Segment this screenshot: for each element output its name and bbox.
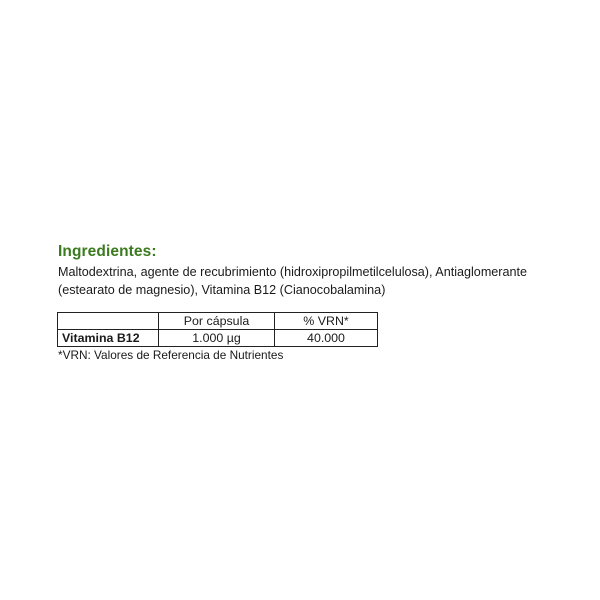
nutrient-name: Vitamina B12 <box>58 330 159 347</box>
vrn-percent: 40.000 <box>275 330 378 347</box>
nutrition-table: Por cápsula % VRN* Vitamina B12 1.000 µg… <box>57 312 378 347</box>
header-cell-vrn: % VRN* <box>275 313 378 330</box>
amount-per-capsule: 1.000 µg <box>159 330 275 347</box>
table-header-row: Por cápsula % VRN* <box>58 313 378 330</box>
table-row: Vitamina B12 1.000 µg 40.000 <box>58 330 378 347</box>
ingredients-text: Maltodextrina, agente de recubrimiento (… <box>58 263 558 299</box>
header-cell-per-capsule: Por cápsula <box>159 313 275 330</box>
ingredients-heading: Ingredientes: <box>58 243 157 261</box>
footnote: *VRN: Valores de Referencia de Nutriente… <box>58 348 283 362</box>
header-cell-empty <box>58 313 159 330</box>
